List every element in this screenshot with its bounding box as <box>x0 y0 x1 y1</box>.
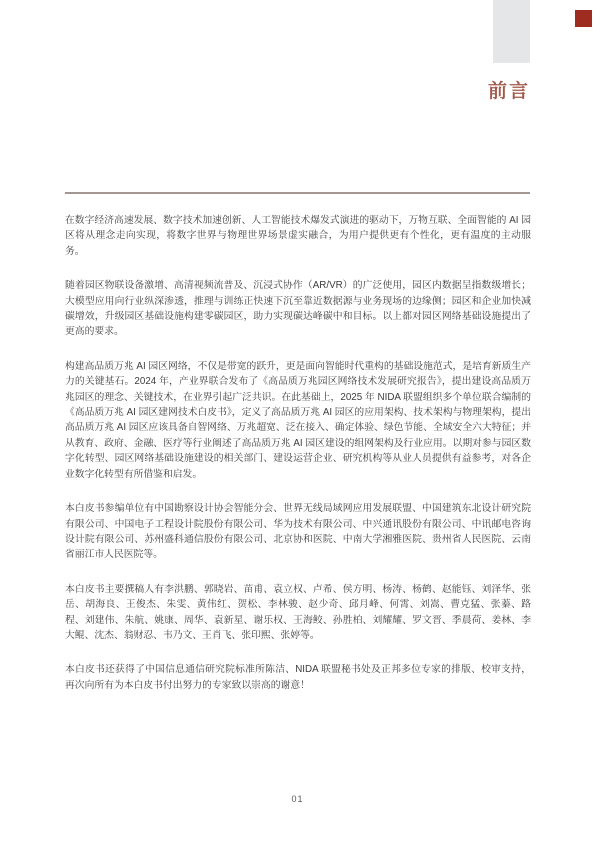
paragraph-background: 随着园区物联设备激增、高清视频流普及、沉浸式协作（AR/VR）的广泛使用，园区内… <box>65 278 531 340</box>
document-page: 前言 在数字经济高速发展、数字技术加速创新、人工智能技术爆发式演进的驱动下，万物… <box>0 0 595 841</box>
paragraph-participating-organizations: 本白皮书参编单位有中国勘察设计协会智能分会、世界无线局域网应用发展联盟、中国建筑… <box>65 501 531 563</box>
body-content: 在数字经济高速发展、数字技术加速创新、人工智能技术爆发式演进的驱动下，万物互联、… <box>65 213 531 712</box>
paragraph-authors: 本白皮书主要撰稿人有李洪鹏、郭晓岩、苗甫、袁立权、卢希、侯方明、杨涛、杨鹤、赵能… <box>65 582 531 644</box>
page-title: 前言 <box>0 76 530 103</box>
paragraph-acknowledgements: 本白皮书还获得了中国信息通信研究院标准所陈洁、NIDA 联盟秘书处及正邦多位专家… <box>65 662 531 693</box>
paragraph-whitepaper-overview: 构建高品质万兆 AI 园区网络，不仅是带宽的跃升，更是面向智能时代重构的基础设施… <box>65 359 531 482</box>
title-divider-line <box>65 192 530 194</box>
corner-accent-square <box>575 10 592 27</box>
paragraph-intro: 在数字经济高速发展、数字技术加速创新、人工智能技术爆发式演进的驱动下，万物互联、… <box>65 213 531 259</box>
page-number: 01 <box>0 794 595 804</box>
header-gray-block <box>493 0 530 63</box>
